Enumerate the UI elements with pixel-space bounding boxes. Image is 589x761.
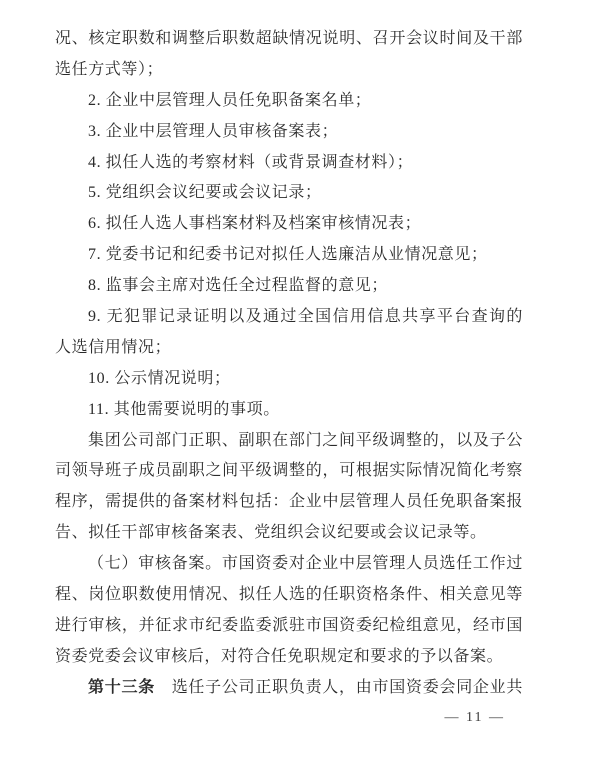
document-line-paragraph: 集团公司部门正职、副职在部门之间平级调整的，以及子公: [55, 426, 523, 457]
document-line-list-item: 6. 拟任人选人事档案材料及档案审核情况表；: [55, 209, 523, 240]
document-line-paragraph: （七）审核备案。市国资委对企业中层管理人员选任工作过: [55, 549, 523, 580]
document-line: 程、岗位职数使用情况、拟任人选的任职资格条件、相关意见等: [55, 580, 523, 611]
document-line-list-item: 3. 企业中层管理人员审核备案表；: [55, 117, 523, 148]
document-line-list-item: 8. 监事会主席对选任全过程监督的意见；: [55, 271, 523, 302]
document-line: 选任方式等）；: [55, 55, 523, 86]
document-line-article: 第十三条 选任子公司正职负责人，由市国资委会同企业共: [55, 673, 523, 704]
document-line: 人选信用情况；: [55, 333, 523, 364]
document-line-list-item: 4. 拟任人选的考察材料（或背景调查材料）；: [55, 148, 523, 179]
document-line-list-item: 10. 公示情况说明；: [55, 364, 523, 395]
article-number-bold: 第十三条: [88, 679, 155, 696]
document-line: 进行审核，并征求市纪委监委派驻市国资委纪检组意见，经市国: [55, 611, 523, 642]
document-line: 程序，需提供的备案材料包括：企业中层管理人员任免职备案报: [55, 487, 523, 518]
page-number: — 11 —: [445, 710, 505, 726]
document-line-list-item: 5. 党组织会议纪要或会议记录；: [55, 178, 523, 209]
document-line: 资委党委会议审核后，对符合任免职规定和要求的予以备案。: [55, 642, 523, 673]
document-line-list-item: 7. 党委书记和纪委书记对拟任人选廉洁从业情况意见；: [55, 240, 523, 271]
document-line: 司领导班子成员副职之间平级调整的，可根据实际情况简化考察: [55, 456, 523, 487]
document-line-list-item: 9. 无犯罪记录证明以及通过全国信用信息共享平台查询的: [55, 302, 523, 333]
document-line-list-item: 11. 其他需要说明的事项。: [55, 395, 523, 426]
article-text: 选任子公司正职负责人，由市国资委会同企业共: [155, 679, 523, 696]
document-line: 况、核定职数和调整后职数超缺情况说明、召开会议时间及干部: [55, 24, 523, 55]
document-page: 况、核定职数和调整后职数超缺情况说明、召开会议时间及干部 选任方式等）； 2. …: [0, 0, 589, 761]
document-line-list-item: 2. 企业中层管理人员任免职备案名单；: [55, 86, 523, 117]
document-line: 告、拟任干部审核备案表、党组织会议纪要或会议记录等。: [55, 518, 523, 549]
